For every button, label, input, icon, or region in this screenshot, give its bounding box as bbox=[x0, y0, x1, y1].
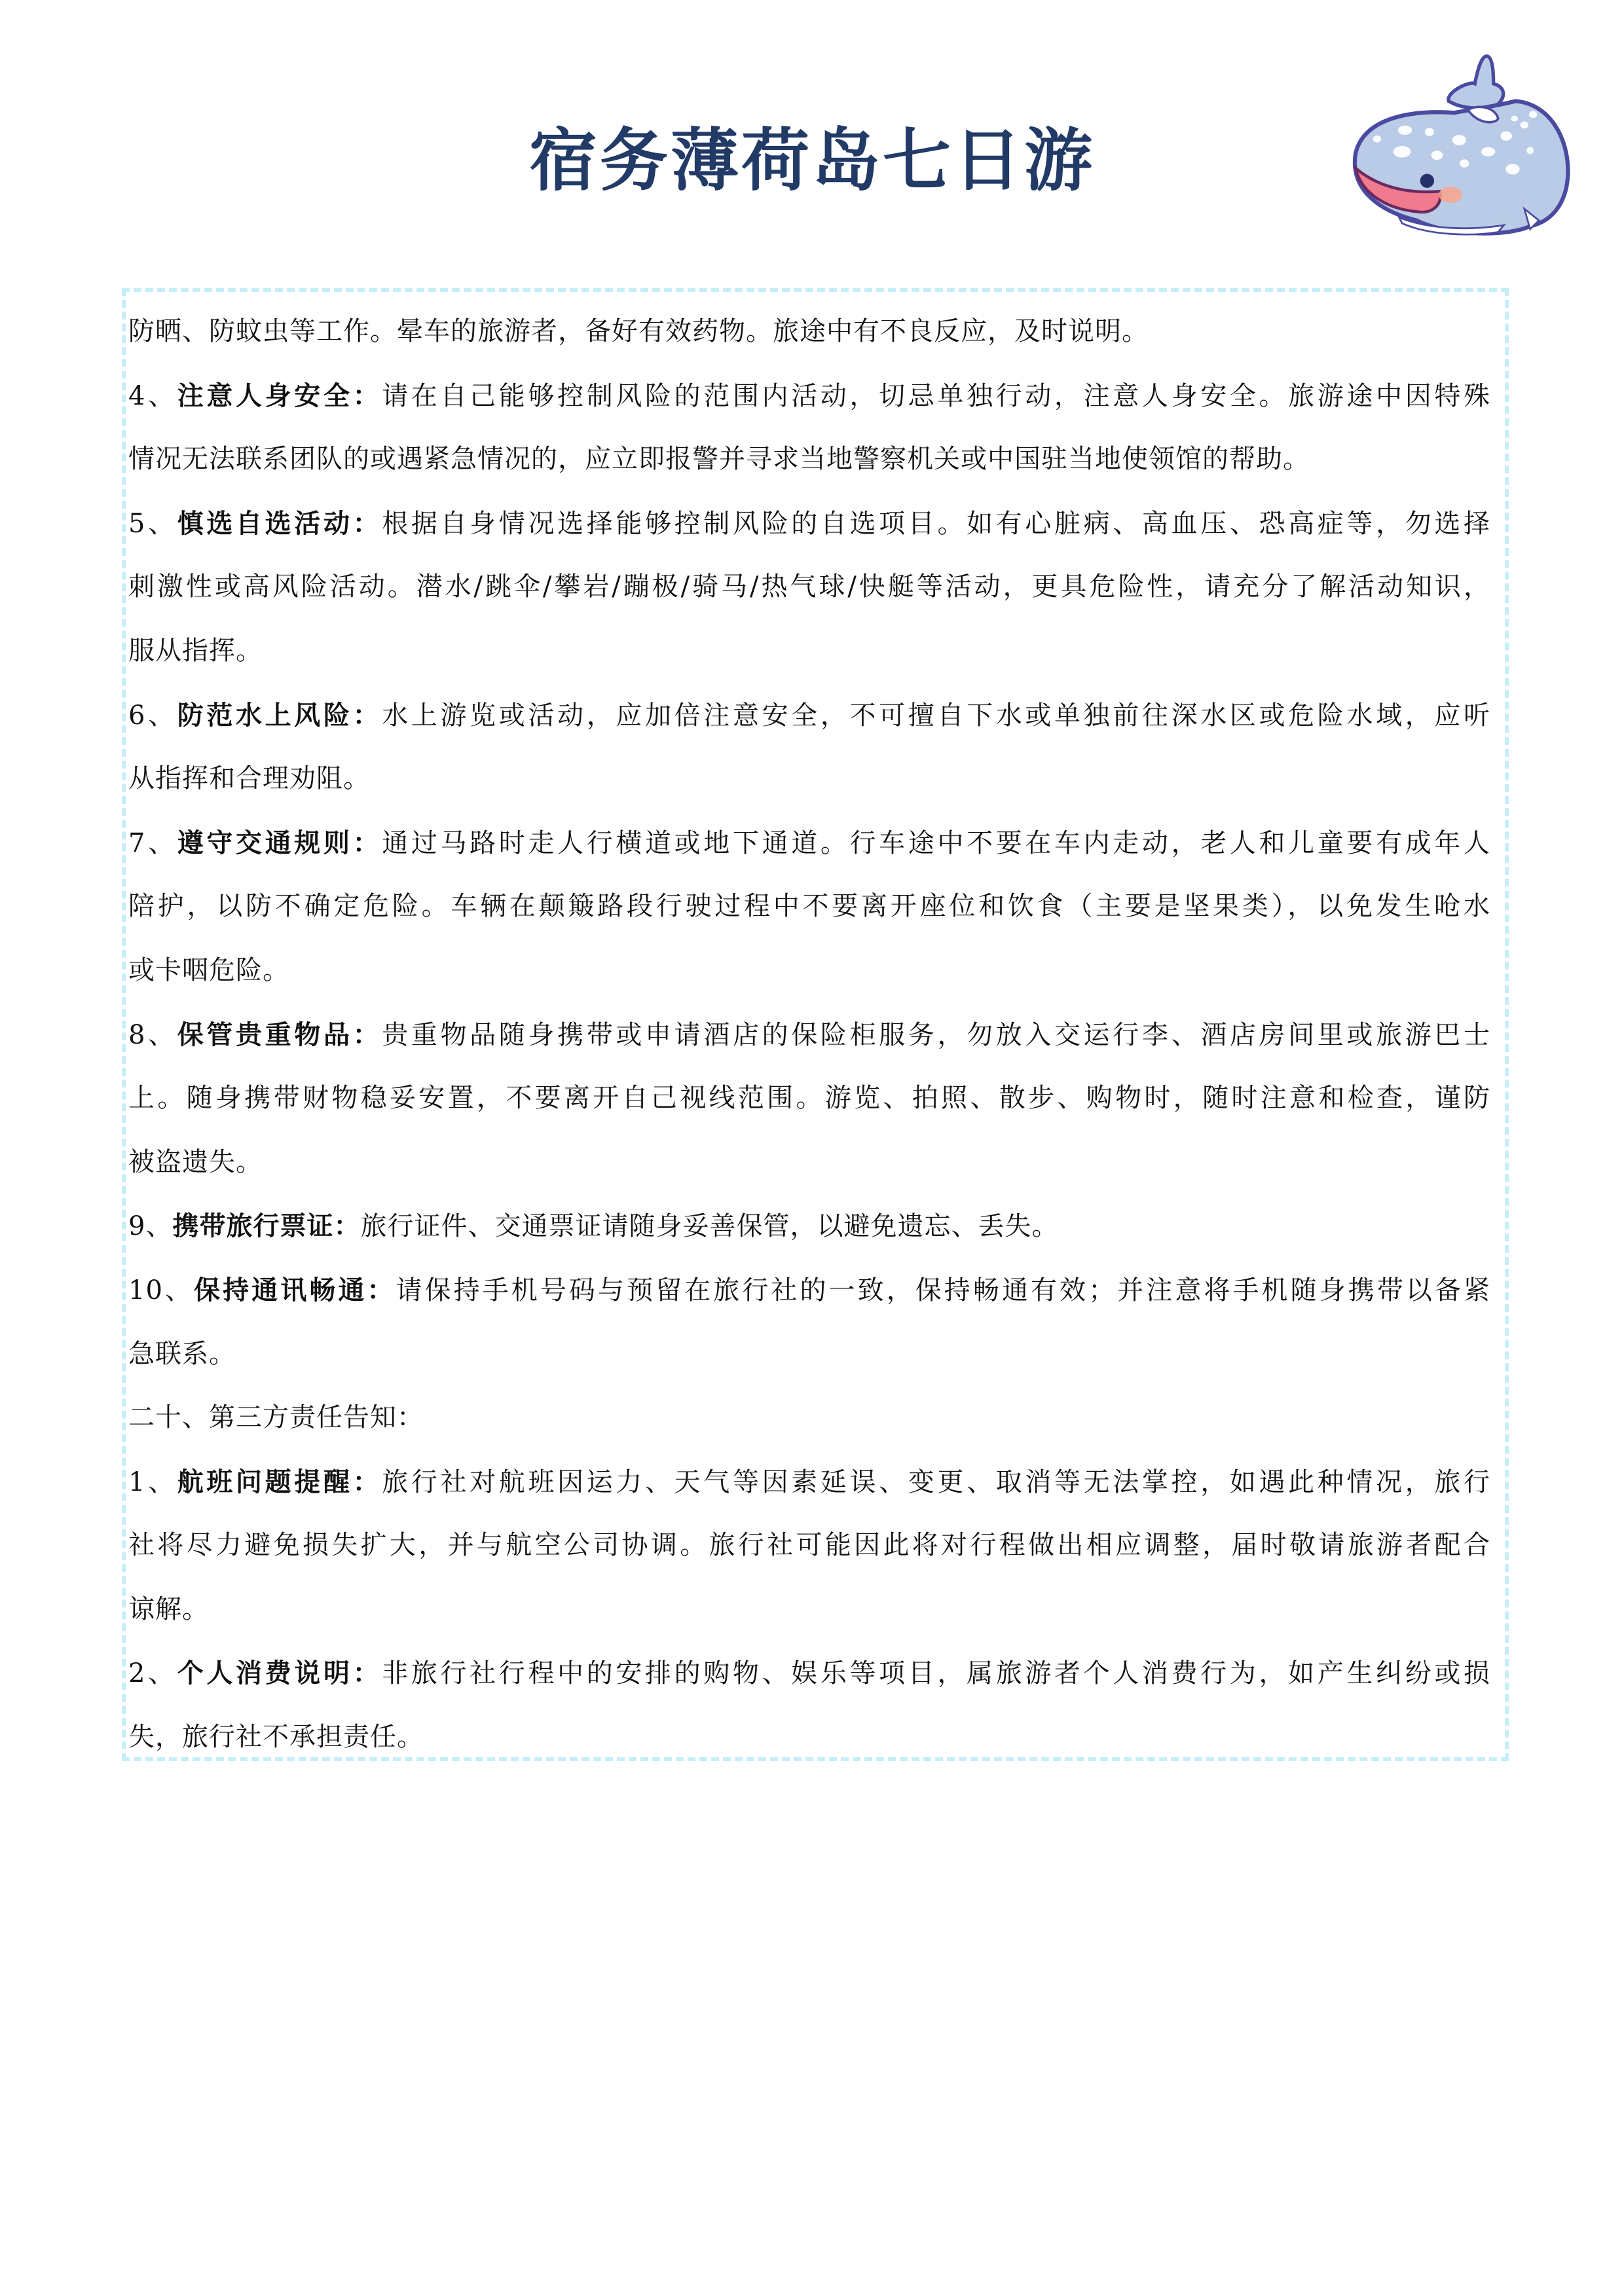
item-number: 4、 bbox=[128, 381, 177, 411]
section-heading: 二十、第三方责任告知： bbox=[128, 1386, 1490, 1450]
item-text: 服从指挥。 bbox=[128, 636, 263, 666]
notice-item-line: 5、慎选自选活动：根据自身情况选择能够控制风险的自选项目。如有心脏病、高血压、恐… bbox=[128, 492, 1490, 556]
notice-item-line: 10、保持通讯畅通：请保持手机号码与预留在旅行社的一致，保持畅通有效；并注意将手… bbox=[128, 1258, 1490, 1322]
item-text: 谅解。 bbox=[128, 1594, 209, 1624]
item-heading: 防范水上风险： bbox=[177, 700, 382, 731]
item-number: 6、 bbox=[128, 701, 177, 731]
item-number: 7、 bbox=[128, 828, 177, 858]
item-heading: 注意人身安全： bbox=[177, 380, 382, 411]
item-text: 非旅行社行程中的安排的购物、娱乐等项目，属旅游者个人消费行为，如产生纠纷或损 bbox=[382, 1658, 1490, 1688]
notice-item-line: 9、携带旅行票证：旅行证件、交通票证请随身妥善保管，以避免遗忘、丢失。 bbox=[128, 1194, 1490, 1258]
item-text: 从指挥和合理劝阻。 bbox=[128, 763, 370, 793]
notice-text-line: 被盗遗失。 bbox=[128, 1131, 1490, 1195]
whale-shark-icon bbox=[1329, 39, 1591, 262]
item-number: 8、 bbox=[128, 1020, 177, 1050]
notice-item-line: 6、防范水上风险：水上游览或活动，应加倍注意安全，不可擅自下水或单独前往深水区或… bbox=[128, 683, 1490, 748]
item-text: 社将尽力避免损失扩大，并与航空公司协调。旅行社可能因此将对行程做出相应调整，届时… bbox=[128, 1530, 1490, 1560]
notice-text-line: 或卡咽危险。 bbox=[128, 939, 1490, 1003]
item-text: 旅行社对航班因运力、天气等因素延误、变更、取消等无法掌控，如遇此种情况，旅行 bbox=[382, 1467, 1490, 1497]
item-text: 陪护，以防不确定危险。车辆在颠簸路段行驶过程中不要离开座位和饮食（主要是坚果类）… bbox=[128, 891, 1490, 921]
item-text: 防晒、防蚊虫等工作。晕车的旅游者，备好有效药物。旅途中有不良反应，及时说明。 bbox=[128, 316, 1149, 346]
item-text: 根据自身情况选择能够控制风险的自选项目。如有心脏病、高血压、恐高症等，勿选择 bbox=[382, 509, 1490, 539]
item-text: 贵重物品随身携带或申请酒店的保险柜服务，勿放入交运行李、酒店房间里或旅游巴士 bbox=[382, 1020, 1490, 1050]
notice-text-line: 社将尽力避免损失扩大，并与航空公司协调。旅行社可能因此将对行程做出相应调整，届时… bbox=[128, 1514, 1490, 1578]
item-heading: 保管贵重物品： bbox=[177, 1019, 382, 1050]
notice-item-line: 1、航班问题提醒：旅行社对航班因运力、天气等因素延误、变更、取消等无法掌控，如遇… bbox=[128, 1450, 1490, 1514]
notice-content: 防晒、防蚊虫等工作。晕车的旅游者，备好有效药物。旅途中有不良反应，及时说明。4、… bbox=[128, 300, 1490, 1770]
item-heading: 航班问题提醒： bbox=[177, 1467, 382, 1497]
notice-item-line: 7、遵守交通规则：通过马路时走人行横道或地下通道。行车途中不要在车内走动，老人和… bbox=[128, 811, 1490, 875]
item-number: 5、 bbox=[128, 509, 177, 539]
notice-text-line: 陪护，以防不确定危险。车辆在颠簸路段行驶过程中不要离开座位和饮食（主要是坚果类）… bbox=[128, 875, 1490, 939]
notice-text-line: 急联系。 bbox=[128, 1322, 1490, 1387]
item-text: 情况无法联系团队的或遇紧急情况的，应立即报警并寻求当地警察机关或中国驻当地使领馆… bbox=[128, 444, 1310, 474]
item-text: 旅行证件、交通票证请随身妥善保管，以避免遗忘、丢失。 bbox=[360, 1211, 1058, 1241]
item-number: 2、 bbox=[128, 1658, 177, 1688]
item-number: 10、 bbox=[128, 1275, 194, 1305]
notice-text-line: 防晒、防蚊虫等工作。晕车的旅游者，备好有效药物。旅途中有不良反应，及时说明。 bbox=[128, 300, 1490, 364]
notice-text-line: 刺激性或高风险活动。潜水/跳伞/攀岩/蹦极/骑马/热气球/快艇等活动，更具危险性… bbox=[128, 555, 1490, 619]
notice-text-line: 失，旅行社不承担责任。 bbox=[128, 1705, 1490, 1770]
notice-item-line: 4、注意人身安全：请在自己能够控制风险的范围内活动，切忌单独行动，注意人身安全。… bbox=[128, 364, 1490, 428]
item-number: 9、 bbox=[128, 1211, 172, 1241]
notice-text-line: 情况无法联系团队的或遇紧急情况的，应立即报警并寻求当地警察机关或中国驻当地使领馆… bbox=[128, 428, 1490, 492]
notice-text-line: 从指挥和合理劝阻。 bbox=[128, 747, 1490, 811]
item-text: 失，旅行社不承担责任。 bbox=[128, 1722, 424, 1752]
item-text: 二十、第三方责任告知： bbox=[128, 1402, 424, 1432]
item-text: 或卡咽危险。 bbox=[128, 955, 289, 985]
item-text: 请保持手机号码与预留在旅行社的一致，保持畅通有效；并注意将手机随身携带以备紧 bbox=[396, 1275, 1491, 1305]
notice-text-line: 服从指挥。 bbox=[128, 619, 1490, 683]
item-heading: 个人消费说明： bbox=[177, 1658, 382, 1688]
notice-text-line: 谅解。 bbox=[128, 1578, 1490, 1642]
notice-item-line: 8、保管贵重物品：贵重物品随身携带或申请酒店的保险柜服务，勿放入交运行李、酒店房… bbox=[128, 1003, 1490, 1067]
item-text: 水上游览或活动，应加倍注意安全，不可擅自下水或单独前往深水区或危险水域，应听 bbox=[382, 701, 1490, 731]
notice-text-line: 上。随身携带财物稳妥安置，不要离开自己视线范围。游览、拍照、散步、购物时，随时注… bbox=[128, 1066, 1490, 1131]
item-text: 被盗遗失。 bbox=[128, 1147, 263, 1177]
item-text: 通过马路时走人行横道或地下通道。行车途中不要在车内走动，老人和儿童要有成年人 bbox=[382, 828, 1490, 858]
item-heading: 慎选自选活动： bbox=[177, 508, 382, 539]
item-heading: 遵守交通规则： bbox=[177, 828, 382, 858]
notice-item-line: 2、个人消费说明：非旅行社行程中的安排的购物、娱乐等项目，属旅游者个人消费行为，… bbox=[128, 1641, 1490, 1705]
item-heading: 携带旅行票证： bbox=[172, 1211, 360, 1241]
item-text: 刺激性或高风险活动。潜水/跳伞/攀岩/蹦极/骑马/热气球/快艇等活动，更具危险性… bbox=[128, 572, 1490, 602]
item-text: 请在自己能够控制风险的范围内活动，切忌单独行动，注意人身安全。旅游途中因特殊 bbox=[382, 381, 1490, 411]
item-heading: 保持通讯畅通： bbox=[194, 1275, 396, 1305]
item-text: 急联系。 bbox=[128, 1339, 236, 1369]
item-number: 1、 bbox=[128, 1467, 177, 1497]
item-text: 上。随身携带财物稳妥安置，不要离开自己视线范围。游览、拍照、散步、购物时，随时注… bbox=[128, 1083, 1490, 1113]
